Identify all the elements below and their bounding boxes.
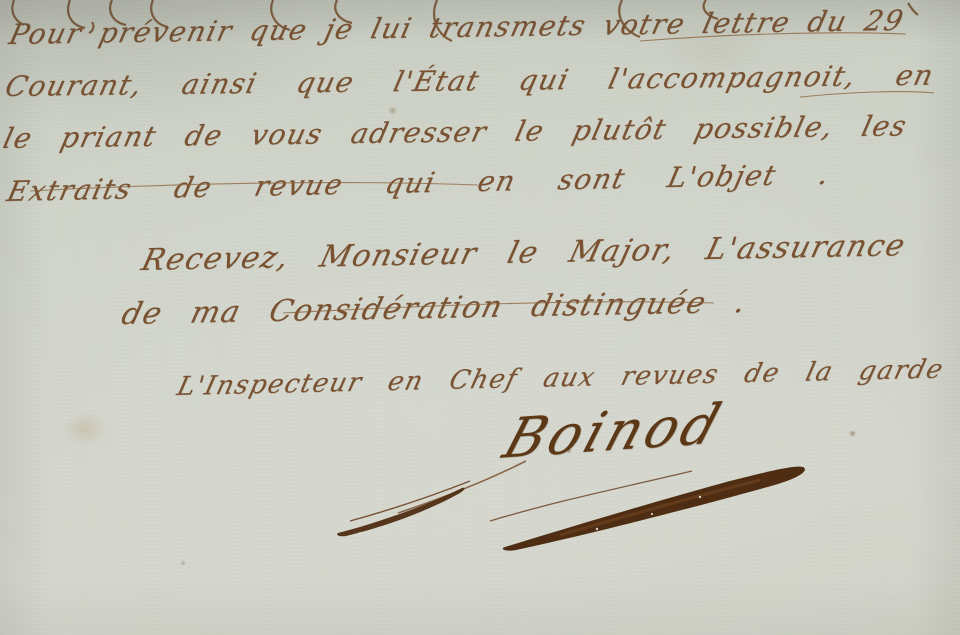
letter-photo: Pour prévenir que je lui transmets votre… [0,0,960,635]
signature-boinod: Boinod [496,391,732,471]
paper-stain [388,106,397,115]
handwriting-line-6: de ma Considération distinguée . [118,285,751,332]
handwriting-line-7: L'Inspecteur en Chef aux revues de la ga… [174,354,947,402]
paper-stain [62,412,108,446]
paraph-flourish-large [359,467,805,551]
handwriting-line-2: Courant, ainsi que l'État qui l'accompag… [2,59,938,103]
paraph-flourish-small [337,481,470,536]
handwriting-line-4: Extraits de revue qui en sont L'objet . [4,158,833,208]
paper-stain [180,560,186,566]
handwriting-line-5: Recevez, Monsieur le Major, L'assurance [138,228,910,278]
handwriting-line-3: le priant de vous adresser le plutôt pos… [0,109,911,155]
handwriting-line-1: Pour prévenir que je lui transmets votre… [6,4,908,51]
ink-speck [849,430,856,437]
